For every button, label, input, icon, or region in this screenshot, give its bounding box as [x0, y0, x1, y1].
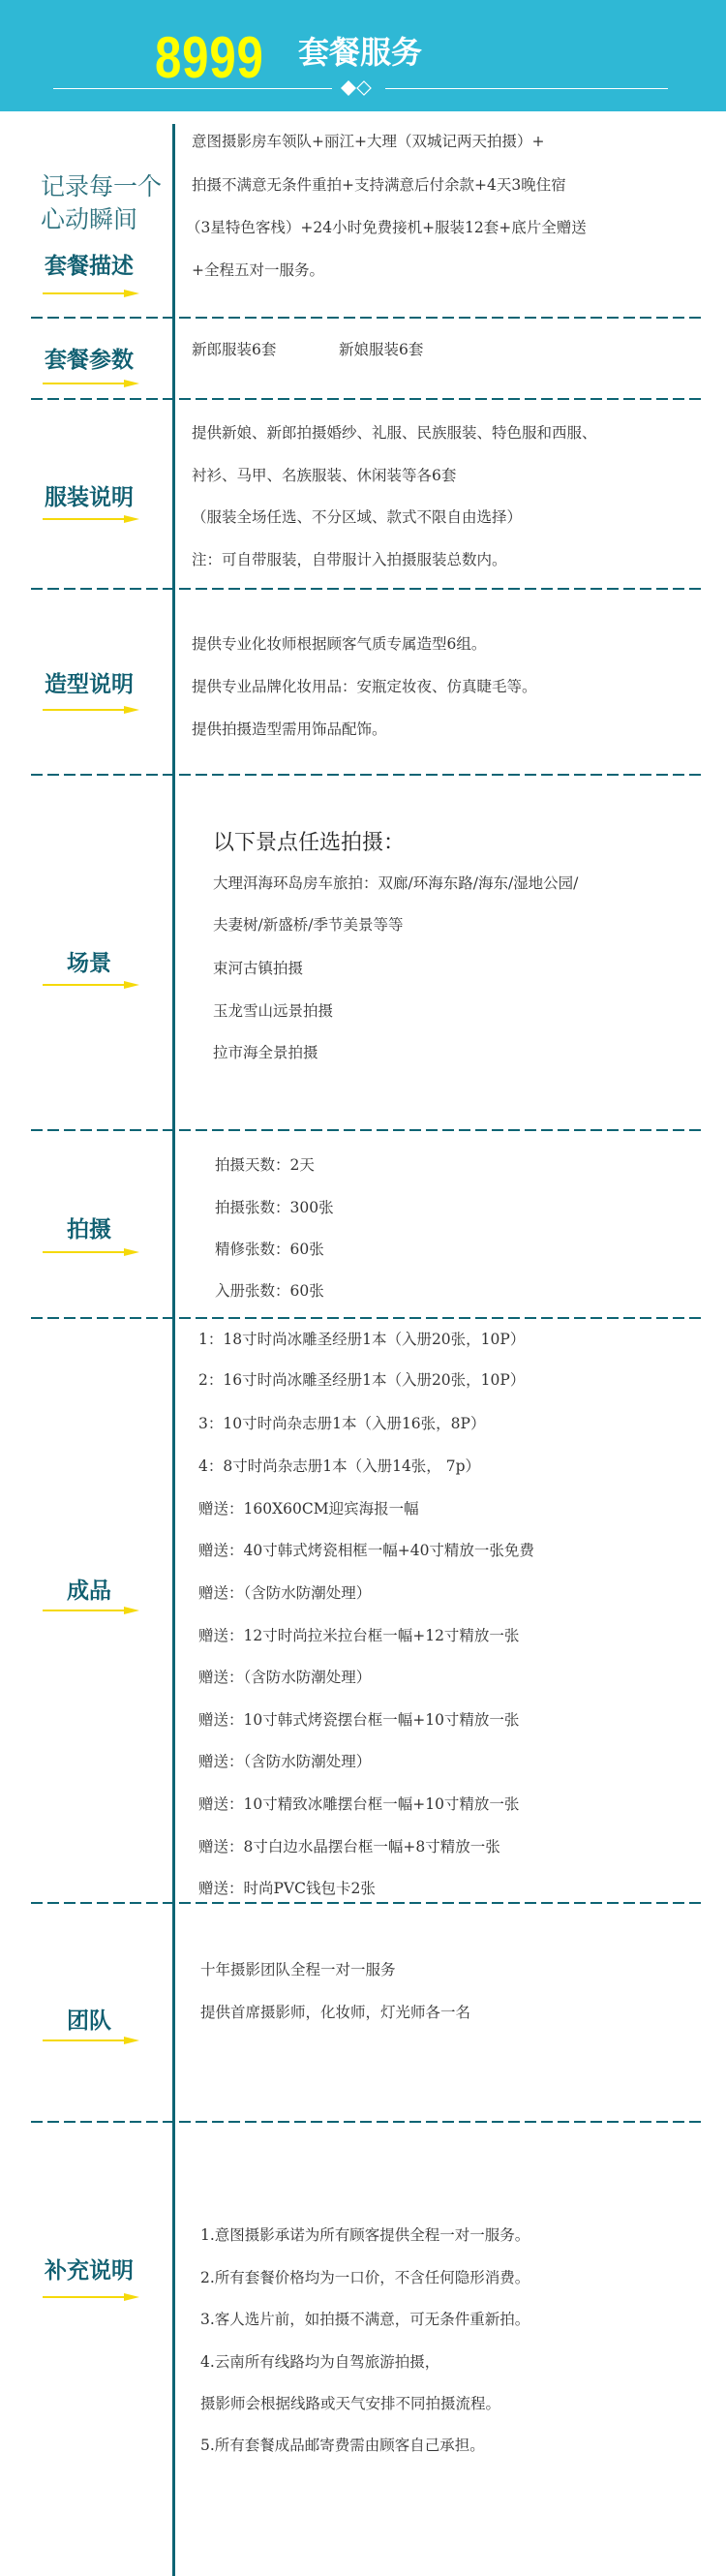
product-item: 1：18寸时尚冰雕圣经册1本（入册20张，10P）	[198, 1330, 525, 1349]
header-banner: 8999 套餐服务	[0, 0, 726, 111]
header-divider-right	[385, 88, 668, 89]
section-divider	[31, 1902, 701, 1904]
arrow-right-icon	[43, 706, 139, 714]
note-line: 摄影师会根据线路或天气安排不同拍摄流程。	[200, 2394, 500, 2413]
styling-line: 提供拍摄造型需用饰品配饰。	[192, 720, 387, 739]
intro-line-1: 记录每一个	[41, 172, 162, 201]
arrow-right-icon	[43, 1248, 139, 1256]
scenery-line: 玉龙雪山远景拍摄	[213, 1001, 333, 1021]
header-divider-left	[53, 88, 332, 89]
costume-line: 提供新娘、新郎拍摄婚纱、礼服、民族服装、特色服和西服、	[192, 423, 597, 443]
album-photos: 入册张数：60张	[215, 1281, 324, 1301]
section-label-team: 团队	[33, 2008, 145, 2035]
section-divider	[31, 317, 701, 319]
package-price: 8999	[155, 29, 264, 87]
parameter-bride: 新娘服装6套	[339, 340, 423, 359]
arrow-right-icon	[43, 380, 139, 387]
section-divider	[31, 1129, 701, 1131]
note-line: 4.云南所有线路均为自驾旅游拍摄，	[200, 2352, 439, 2372]
arrow-right-icon	[43, 2037, 139, 2044]
scenery-line: 夫妻树/新盛桥/季节美景等等	[213, 915, 403, 935]
arrow-right-icon	[43, 981, 139, 989]
gift-item: 赠送：40寸韩式烤瓷相框一幅+40寸精放一张免费	[198, 1541, 534, 1560]
team-line: 十年摄影团队全程一对一服务	[200, 1960, 396, 1979]
description-line: （3星特色客栈）+24小时免费接机+服装12套+底片全赠送	[186, 218, 587, 237]
parameter-groom: 新郎服装6套	[192, 340, 276, 359]
section-label-description: 套餐描述	[33, 253, 145, 280]
shooting-photos: 拍摄张数：300张	[215, 1198, 334, 1217]
diamond-ornament-icon	[341, 80, 379, 96]
note-line: 3.客人选片前，如拍摄不满意，可无条件重新拍。	[200, 2310, 529, 2329]
section-label-scenery: 场景	[33, 950, 145, 977]
section-label-shooting: 拍摄	[33, 1216, 145, 1243]
package-title: 套餐服务	[298, 35, 422, 70]
arrow-right-icon	[43, 515, 139, 523]
gift-item: 赠送：10寸韩式烤瓷摆台框一幅+10寸精放一张	[198, 1710, 519, 1730]
gift-item: 赠送：（含防水防潮处理）	[198, 1583, 371, 1603]
note-line: 2.所有套餐价格均为一口价，不含任何隐形消费。	[200, 2268, 529, 2287]
section-divider	[31, 2121, 701, 2123]
arrow-right-icon	[43, 290, 139, 297]
section-divider	[31, 588, 701, 590]
gift-item: 赠送：8寸白边水晶摆台框一幅+8寸精放一张	[198, 1837, 500, 1856]
costume-line: 注：可自带服装，自带服计入拍摄服装总数内。	[192, 550, 507, 569]
gift-item: 赠送：10寸精致冰雕摆台框一幅+10寸精放一张	[198, 1794, 519, 1814]
styling-line: 提供专业化妆师根据顾客气质专属造型6组。	[192, 634, 486, 654]
styling-line: 提供专业品牌化妆用品：安瓶定妆夜、仿真睫毛等。	[192, 677, 537, 696]
section-label-styling: 造型说明	[33, 671, 145, 698]
product-item: 3：10寸时尚杂志册1本（入册16张，8P）	[198, 1414, 485, 1433]
shooting-days: 拍摄天数：2天	[215, 1155, 315, 1175]
retouched-photos: 精修张数：60张	[215, 1240, 324, 1259]
arrow-right-icon	[43, 2293, 139, 2301]
section-label-parameters: 套餐参数	[33, 347, 145, 374]
product-item: 4：8寸时尚杂志册1本（入册14张， 7p）	[198, 1457, 480, 1476]
section-divider	[31, 774, 701, 776]
note-line: 1.意图摄影承诺为所有顾客提供全程一对一服务。	[200, 2225, 529, 2245]
section-divider	[31, 1317, 701, 1319]
scenery-line: 束河古镇拍摄	[213, 959, 303, 978]
gift-item: 赠送：160X60CM迎宾海报一幅	[198, 1499, 419, 1518]
scenery-line: 大理洱海环岛房车旅拍：双廊/环海东路/海东/湿地公园/	[213, 874, 578, 893]
description-line: 拍摄不满意无条件重拍+支持满意后付余款+4天3晚住宿	[192, 175, 566, 195]
arrow-right-icon	[43, 1607, 139, 1614]
section-divider	[31, 398, 701, 400]
scenery-line: 拉市海全景拍摄	[213, 1043, 318, 1062]
section-label-products: 成品	[33, 1578, 145, 1605]
product-item: 2：16寸时尚冰雕圣经册1本（入册20张，10P）	[198, 1370, 525, 1390]
costume-line: 衬衫、马甲、名族服装、休闲装等各6套	[192, 466, 456, 485]
gift-item: 赠送：12寸时尚拉米拉台框一幅+12寸精放一张	[198, 1626, 519, 1645]
scenery-heading: 以下景点任选拍摄：	[213, 830, 405, 857]
costume-line: （服装全场任选、不分区域、款式不限自由选择）	[192, 507, 522, 527]
section-label-costume: 服装说明	[33, 484, 145, 511]
note-line: 5.所有套餐成品邮寄费需由顾客自己承担。	[200, 2436, 485, 2455]
description-line: 意图摄影房车领队+丽江+大理（双城记两天拍摄）+	[192, 132, 544, 151]
description-line: +全程五对一服务。	[192, 261, 324, 280]
gift-item: 赠送：时尚PVC钱包卡2张	[198, 1879, 376, 1898]
timeline-line	[172, 124, 175, 2576]
intro-line-2: 心动瞬间	[41, 205, 137, 234]
section-label-notes: 补充说明	[33, 2257, 145, 2285]
team-line: 提供首席摄影师，化妆师，灯光师各一名	[200, 2003, 470, 2022]
gift-item: 赠送：（含防水防潮处理）	[198, 1752, 371, 1771]
gift-item: 赠送：（含防水防潮处理）	[198, 1668, 371, 1687]
